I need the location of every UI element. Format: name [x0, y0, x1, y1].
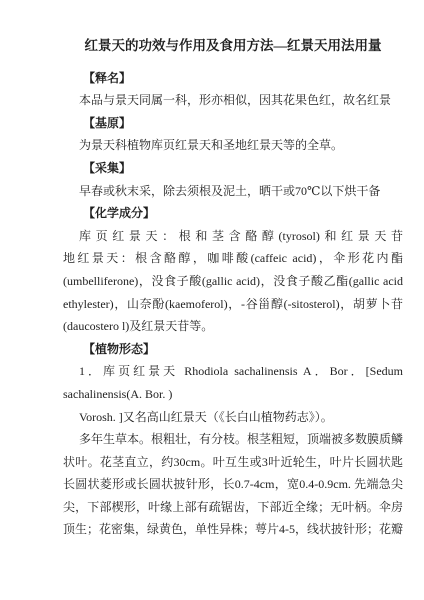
para-morphology-line-2: 状叶。花茎直立，约30cm。叶互生或3叶近轮生，叶片长圆状匙形、	[63, 451, 403, 474]
section-heading-huaxuechengfen: 【化学成分】	[63, 202, 403, 225]
section-heading-jiyuan: 【基原】	[63, 112, 403, 135]
document-page: 红景天的功效与作用及食用方法—红景天用法用量 【释名】 本品与景天同属一科，形亦…	[0, 0, 424, 600]
para-morphology-line-3: 长圆状菱形或长圆状披针形，长0.7-4cm，宽0.4-0.9cm. 先端急尖或 …	[63, 473, 403, 496]
para-species-name-line-1: 1．库页红景天 Rhodiola sachalinensis A．Bor．[Se…	[63, 360, 403, 383]
section-heading-zhiwuxingtai: 【植物形态】	[63, 338, 403, 361]
para-chemistry-line-5: (daucostero l)及红景天苷等。	[63, 315, 403, 338]
para-caiji: 早春或秋末采，除去须根及泥土，晒干或70℃以下烘干备用。	[63, 180, 403, 203]
section-heading-caiji: 【采集】	[63, 157, 403, 180]
para-species-alias: Vorosh. ]又名高山红景天（《长白山植物药志》）。	[63, 406, 403, 429]
para-morphology-line-5: 顶生；花密集，绿黄色，单性异株；萼片4-5，线状披针形；花瓣 4-	[63, 518, 403, 541]
document-title: 红景天的功效与作用及食用方法—红景天用法用量	[63, 35, 403, 58]
para-chemistry-line-1: 库页红景天：根和茎含酪醇(tyrosol)和红景天苷(rhodioloside)…	[63, 225, 403, 248]
para-shiming: 本品与景天同属一科，形亦相似，因其花果色红，故名红景天。	[63, 89, 403, 112]
para-species-name-line-2: sachalinensis(A. Bor. )	[63, 383, 403, 406]
para-chemistry-line-4: ethylester)，山奈酚(kaemoferol)，-谷甾醇(-sitost…	[63, 293, 403, 316]
para-chemistry-line-2: 地红景天：根含酪醇，咖啡酸(caffeic acid)，伞形花内酯	[63, 247, 403, 270]
para-morphology-line-1: 多年生草本。根粗壮，有分枝。根茎粗短，顶端被多数膜质鳞片	[63, 428, 403, 451]
para-morphology-line-4: 尖，下部楔形，叶缘上部有疏锯齿，下部近全缘；无叶柄。伞房花 序	[63, 496, 403, 519]
para-chemistry-line-3: (umbelliferone)，没食子酸(gallic acid)，没食子酸乙酯…	[63, 270, 403, 293]
para-jiyuan: 为景天科植物库页红景天和圣地红景天等的全草。	[63, 134, 403, 157]
section-heading-shiming: 【释名】	[63, 67, 403, 90]
